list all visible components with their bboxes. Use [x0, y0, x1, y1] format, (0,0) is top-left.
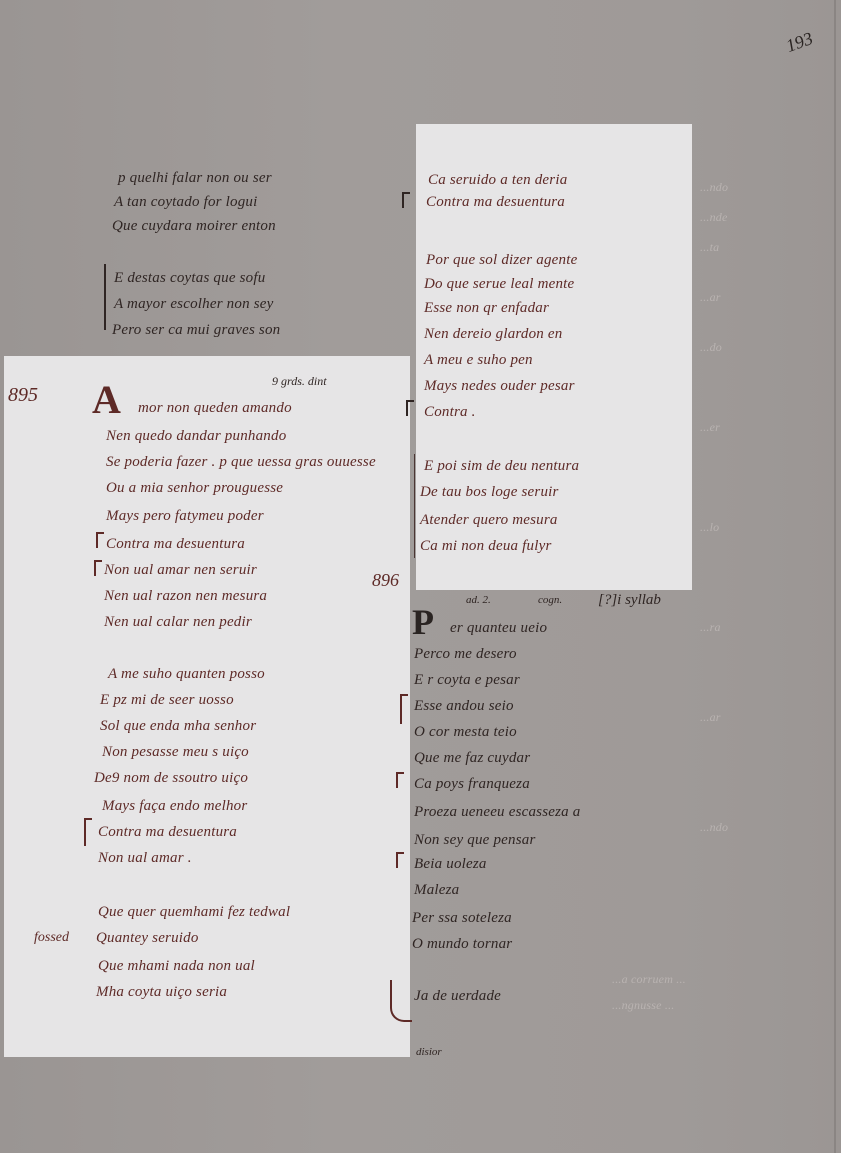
- bleed-through-text: ...ndo: [700, 180, 728, 195]
- paragraph-mark: [396, 772, 404, 788]
- paragraph-mark: [400, 694, 408, 724]
- bleed-through-text: ...ndo: [700, 820, 728, 835]
- verse-line: Contra ma desuentura: [426, 194, 565, 211]
- verse-line: A mayor escolher non sey: [114, 296, 274, 313]
- header-note: cogn.: [538, 594, 562, 606]
- header-note: ad. 2.: [466, 594, 491, 606]
- paragraph-mark: [402, 192, 410, 208]
- bleed-through-text: ...er: [700, 420, 720, 435]
- verse-line: Ca seruido a ten deria: [428, 172, 567, 189]
- decorated-initial: A: [92, 380, 121, 420]
- bleed-through-text: ...ngnusse ...: [612, 998, 674, 1013]
- verse-line: E pz mi de seer uosso: [100, 692, 234, 709]
- verse-line: Ou a mia senhor prouguesse: [106, 480, 283, 497]
- bleed-through-text: ...nde: [700, 210, 728, 225]
- verse-line: Nen dereio glardon en: [424, 326, 562, 343]
- marginal-note: fossed: [34, 930, 69, 946]
- verse-line: Proeza ueneeu escasseza a: [414, 804, 580, 821]
- verse-line: E r coyta e pesar: [414, 672, 520, 689]
- paragraph-mark: [84, 818, 92, 846]
- poem-number: 895: [8, 384, 38, 407]
- verse-line: Que mhami nada non ual: [98, 958, 255, 975]
- verse-line: Perco me desero: [414, 646, 517, 663]
- verse-line: Contra .: [424, 404, 476, 421]
- paragraph-mark: [406, 400, 414, 416]
- verse-line: De tau bos loge seruir: [420, 484, 559, 501]
- verse-line: Mays nedes ouder pesar: [424, 378, 575, 395]
- verse-line: Do que serue leal mente: [424, 276, 574, 293]
- verse-line: Mha coyta uiço seria: [96, 984, 227, 1001]
- manuscript-page: 193 ...ndo ...nde ...ta ...ar ...do ...e…: [0, 0, 841, 1153]
- bleed-through-text: ...ar: [700, 290, 721, 305]
- bleed-through-text: ...do: [700, 340, 722, 355]
- verse-line: Contra ma desuentura: [98, 824, 237, 841]
- verse-line: Beia uoleza: [414, 856, 487, 873]
- verse-line: Sol que enda mha senhor: [100, 718, 256, 735]
- poem-number: 896: [372, 570, 399, 591]
- bleed-through-text: ...ta: [700, 240, 719, 255]
- verse-line: p quelhi falar non ou ser: [118, 170, 272, 187]
- paragraph-mark: [96, 532, 104, 548]
- header-note: [?]i syllab: [598, 592, 661, 609]
- verse-line: Que cuydara moirer enton: [112, 218, 276, 235]
- verse-line: Esse andou seio: [414, 698, 514, 715]
- paragraph-mark: [94, 560, 102, 576]
- verse-line: De9 nom de ssoutro uiço: [94, 770, 248, 787]
- verse-line: Mays pero fatymeu poder: [106, 508, 264, 525]
- verse-line: Que me faz cuydar: [414, 750, 530, 767]
- verse-line: Ca poys franqueza: [414, 776, 530, 793]
- verse-line: Ja de uerdade: [414, 988, 501, 1005]
- page-edge: [834, 0, 836, 1153]
- verse-line: Per ssa soteleza: [412, 910, 512, 927]
- verse-line: A meu e suho pen: [424, 352, 533, 369]
- verse-line: Contra ma desuentura: [106, 536, 245, 553]
- stanza-rule: [414, 454, 415, 558]
- verse-line: Por que sol dizer agente: [426, 252, 577, 269]
- verse-line: E poi sim de deu nentura: [424, 458, 579, 475]
- verse-line: mor non queden amando: [138, 400, 292, 417]
- decorated-initial: P: [412, 604, 434, 640]
- verse-line: Ca mi non deua fulyr: [420, 538, 552, 555]
- annotation: 9 grds. dint: [272, 374, 327, 389]
- verse-line: Maleza: [414, 882, 459, 899]
- verse-line: Nen quedo dandar punhando: [106, 428, 286, 445]
- folio-number: 193: [783, 28, 816, 57]
- verse-line: Quantey seruido: [96, 930, 199, 947]
- verse-line: Que quer quemhami fez tedwal: [98, 904, 290, 921]
- verse-line: Atender quero mesura: [420, 512, 558, 529]
- bleed-through-text: ...ra: [700, 620, 721, 635]
- verse-line: Nen ual calar nen pedir: [104, 614, 252, 631]
- verse-line: Pero ser ca mui graves son: [112, 322, 280, 339]
- verse-line: A me suho quanten posso: [108, 666, 265, 683]
- verse-line: Non pesasse meu s uiço: [102, 744, 249, 761]
- paragraph-mark: [396, 852, 404, 868]
- verse-line: Mays faça endo melhor: [102, 798, 247, 815]
- verse-line: E destas coytas que sofu: [114, 270, 265, 287]
- verse-line: O cor mesta teio: [414, 724, 517, 741]
- bleed-through-text: ...a corruem ...: [612, 972, 686, 987]
- verse-line: A tan coytado for logui: [114, 194, 257, 211]
- bleed-through-text: ...lo: [700, 520, 719, 535]
- decorated-initial-j: [390, 980, 412, 1022]
- verse-line: Non ual amar nen seruir: [104, 562, 257, 579]
- verse-line: O mundo tornar: [412, 936, 512, 953]
- verse-line: Esse non qr enfadar: [424, 300, 549, 317]
- footnote: disior: [416, 1046, 442, 1058]
- verse-line: Non ual amar .: [98, 850, 192, 867]
- verse-line: Nen ual razon nen mesura: [104, 588, 267, 605]
- verse-line: er quanteu ueio: [450, 620, 547, 637]
- stanza-bracket: [104, 264, 112, 330]
- verse-line: Non sey que pensar: [414, 832, 536, 849]
- verse-line: Se poderia fazer . p que uessa gras ouue…: [106, 454, 376, 471]
- bleed-through-text: ...ar: [700, 710, 721, 725]
